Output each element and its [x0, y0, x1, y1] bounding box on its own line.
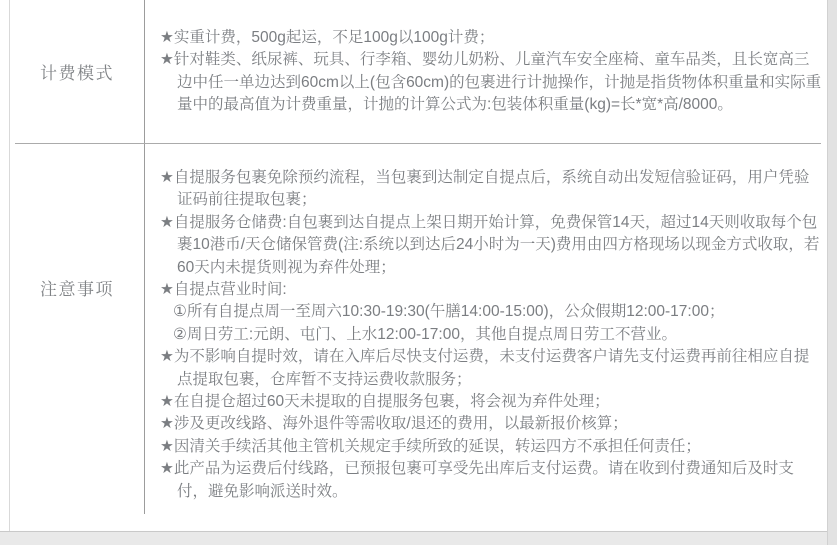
item-text: 实重计费，500g起运，不足100g以100g计费； [174, 29, 494, 46]
bullet-star-marker: ★ [160, 169, 174, 186]
list-item: ★自提点营业时间: [160, 279, 822, 301]
list-item: ①所有自提点周一至周六10:30-19:30(午膳14:00-15:00)，公众… [173, 301, 822, 323]
scrollbar-track[interactable] [827, 0, 837, 545]
list-item: ★涉及更改线路、海外退件等需收取/退还的费用，以最新报价核算； [160, 413, 822, 435]
row-label-billing-mode: 计费模式 [10, 0, 144, 143]
item-text: 自提服务包裹免除预约流程，当包裹到达制定自提点后，系统自动出发短信验证码，用户凭… [174, 169, 810, 208]
item-text: 所有自提点周一至周六10:30-19:30(午膳14:00-15:00)，公众假… [187, 303, 725, 320]
list-item: ★为不影响自提时效，请在入库后尽快支付运费，未支付运费客户请先支付运费再前往相应… [160, 346, 822, 391]
list-item: ★在自提仓超过60天未提取的自提服务包裹，将会视为弃件处理； [160, 391, 822, 413]
sub-number-marker: ① [173, 303, 187, 320]
list-item: ★自提服务仓储费:自包裹到达自提点上架日期开始计算，免费保管14天，超过14天则… [160, 212, 822, 279]
bullet-star-marker: ★ [160, 51, 174, 68]
row-divider [15, 143, 821, 144]
item-text: 自提服务仓储费:自包裹到达自提点上架日期开始计算，免费保管14天，超过14天则收… [174, 214, 820, 276]
notes-content: ★自提服务包裹免除预约流程，当包裹到达制定自提点后，系统自动出发短信验证码，用户… [160, 167, 822, 503]
billing-mode-content: ★实重计费，500g起运，不足100g以100g计费；★针对鞋类、纸尿裤、玩具、… [160, 27, 822, 117]
bullet-star-marker: ★ [160, 29, 174, 46]
list-item: ★因清关手续活其他主管机关规定手续所致的延误，转运四方不承担任何责任； [160, 436, 822, 458]
item-text: 针对鞋类、纸尿裤、玩具、行李箱、婴幼儿奶粉、儿童汽车安全座椅、童车品类，且长宽高… [174, 51, 821, 113]
bullet-star-marker: ★ [160, 281, 174, 298]
row-label-text: 计费模式 [40, 59, 114, 84]
list-item: ★实重计费，500g起运，不足100g以100g计费； [160, 27, 822, 49]
item-text: 自提点营业时间: [174, 281, 287, 298]
bullet-star-marker: ★ [160, 348, 174, 365]
item-text: 涉及更改线路、海外退件等需收取/退还的费用，以最新报价核算； [174, 415, 628, 432]
terms-table-page: 计费模式 ★实重计费，500g起运，不足100g以100g计费；★针对鞋类、纸尿… [0, 0, 837, 545]
column-divider [144, 0, 145, 514]
bullet-star-marker: ★ [160, 438, 174, 455]
list-item: ★此产品为运费后付线路，已预报包裹可享受先出库后支付运费。请在收到付费通知后及时… [160, 458, 822, 503]
list-item: ★自提服务包裹免除预约流程，当包裹到达制定自提点后，系统自动出发短信验证码，用户… [160, 167, 822, 212]
item-text: 因清关手续活其他主管机关规定手续所致的延误，转运四方不承担任何责任； [174, 438, 701, 455]
list-item: ★针对鞋类、纸尿裤、玩具、行李箱、婴幼儿奶粉、儿童汽车安全座椅、童车品类，且长宽… [160, 49, 822, 116]
item-text: 周日劳工:元朗、屯门、上水12:00-17:00，其他自提点周日劳工不营业。 [187, 326, 677, 343]
page-background-strip [0, 532, 827, 545]
bullet-star-marker: ★ [160, 415, 174, 432]
bullet-star-marker: ★ [160, 214, 174, 231]
sub-number-marker: ② [173, 326, 187, 343]
row-label-notes: 注意事项 [10, 264, 144, 310]
row-label-text: 注意事项 [40, 275, 114, 300]
list-item: ②周日劳工:元朗、屯门、上水12:00-17:00，其他自提点周日劳工不营业。 [173, 324, 822, 346]
bullet-star-marker: ★ [160, 393, 174, 410]
item-text: 此产品为运费后付线路，已预报包裹可享受先出库后支付运费。请在收到付费通知后及时支… [174, 460, 794, 499]
item-text: 为不影响自提时效，请在入库后尽快支付运费，未支付运费客户请先支付运费再前往相应自… [174, 348, 810, 387]
bullet-star-marker: ★ [160, 460, 174, 477]
item-text: 在自提仓超过60天未提取的自提服务包裹，将会视为弃件处理； [174, 393, 610, 410]
